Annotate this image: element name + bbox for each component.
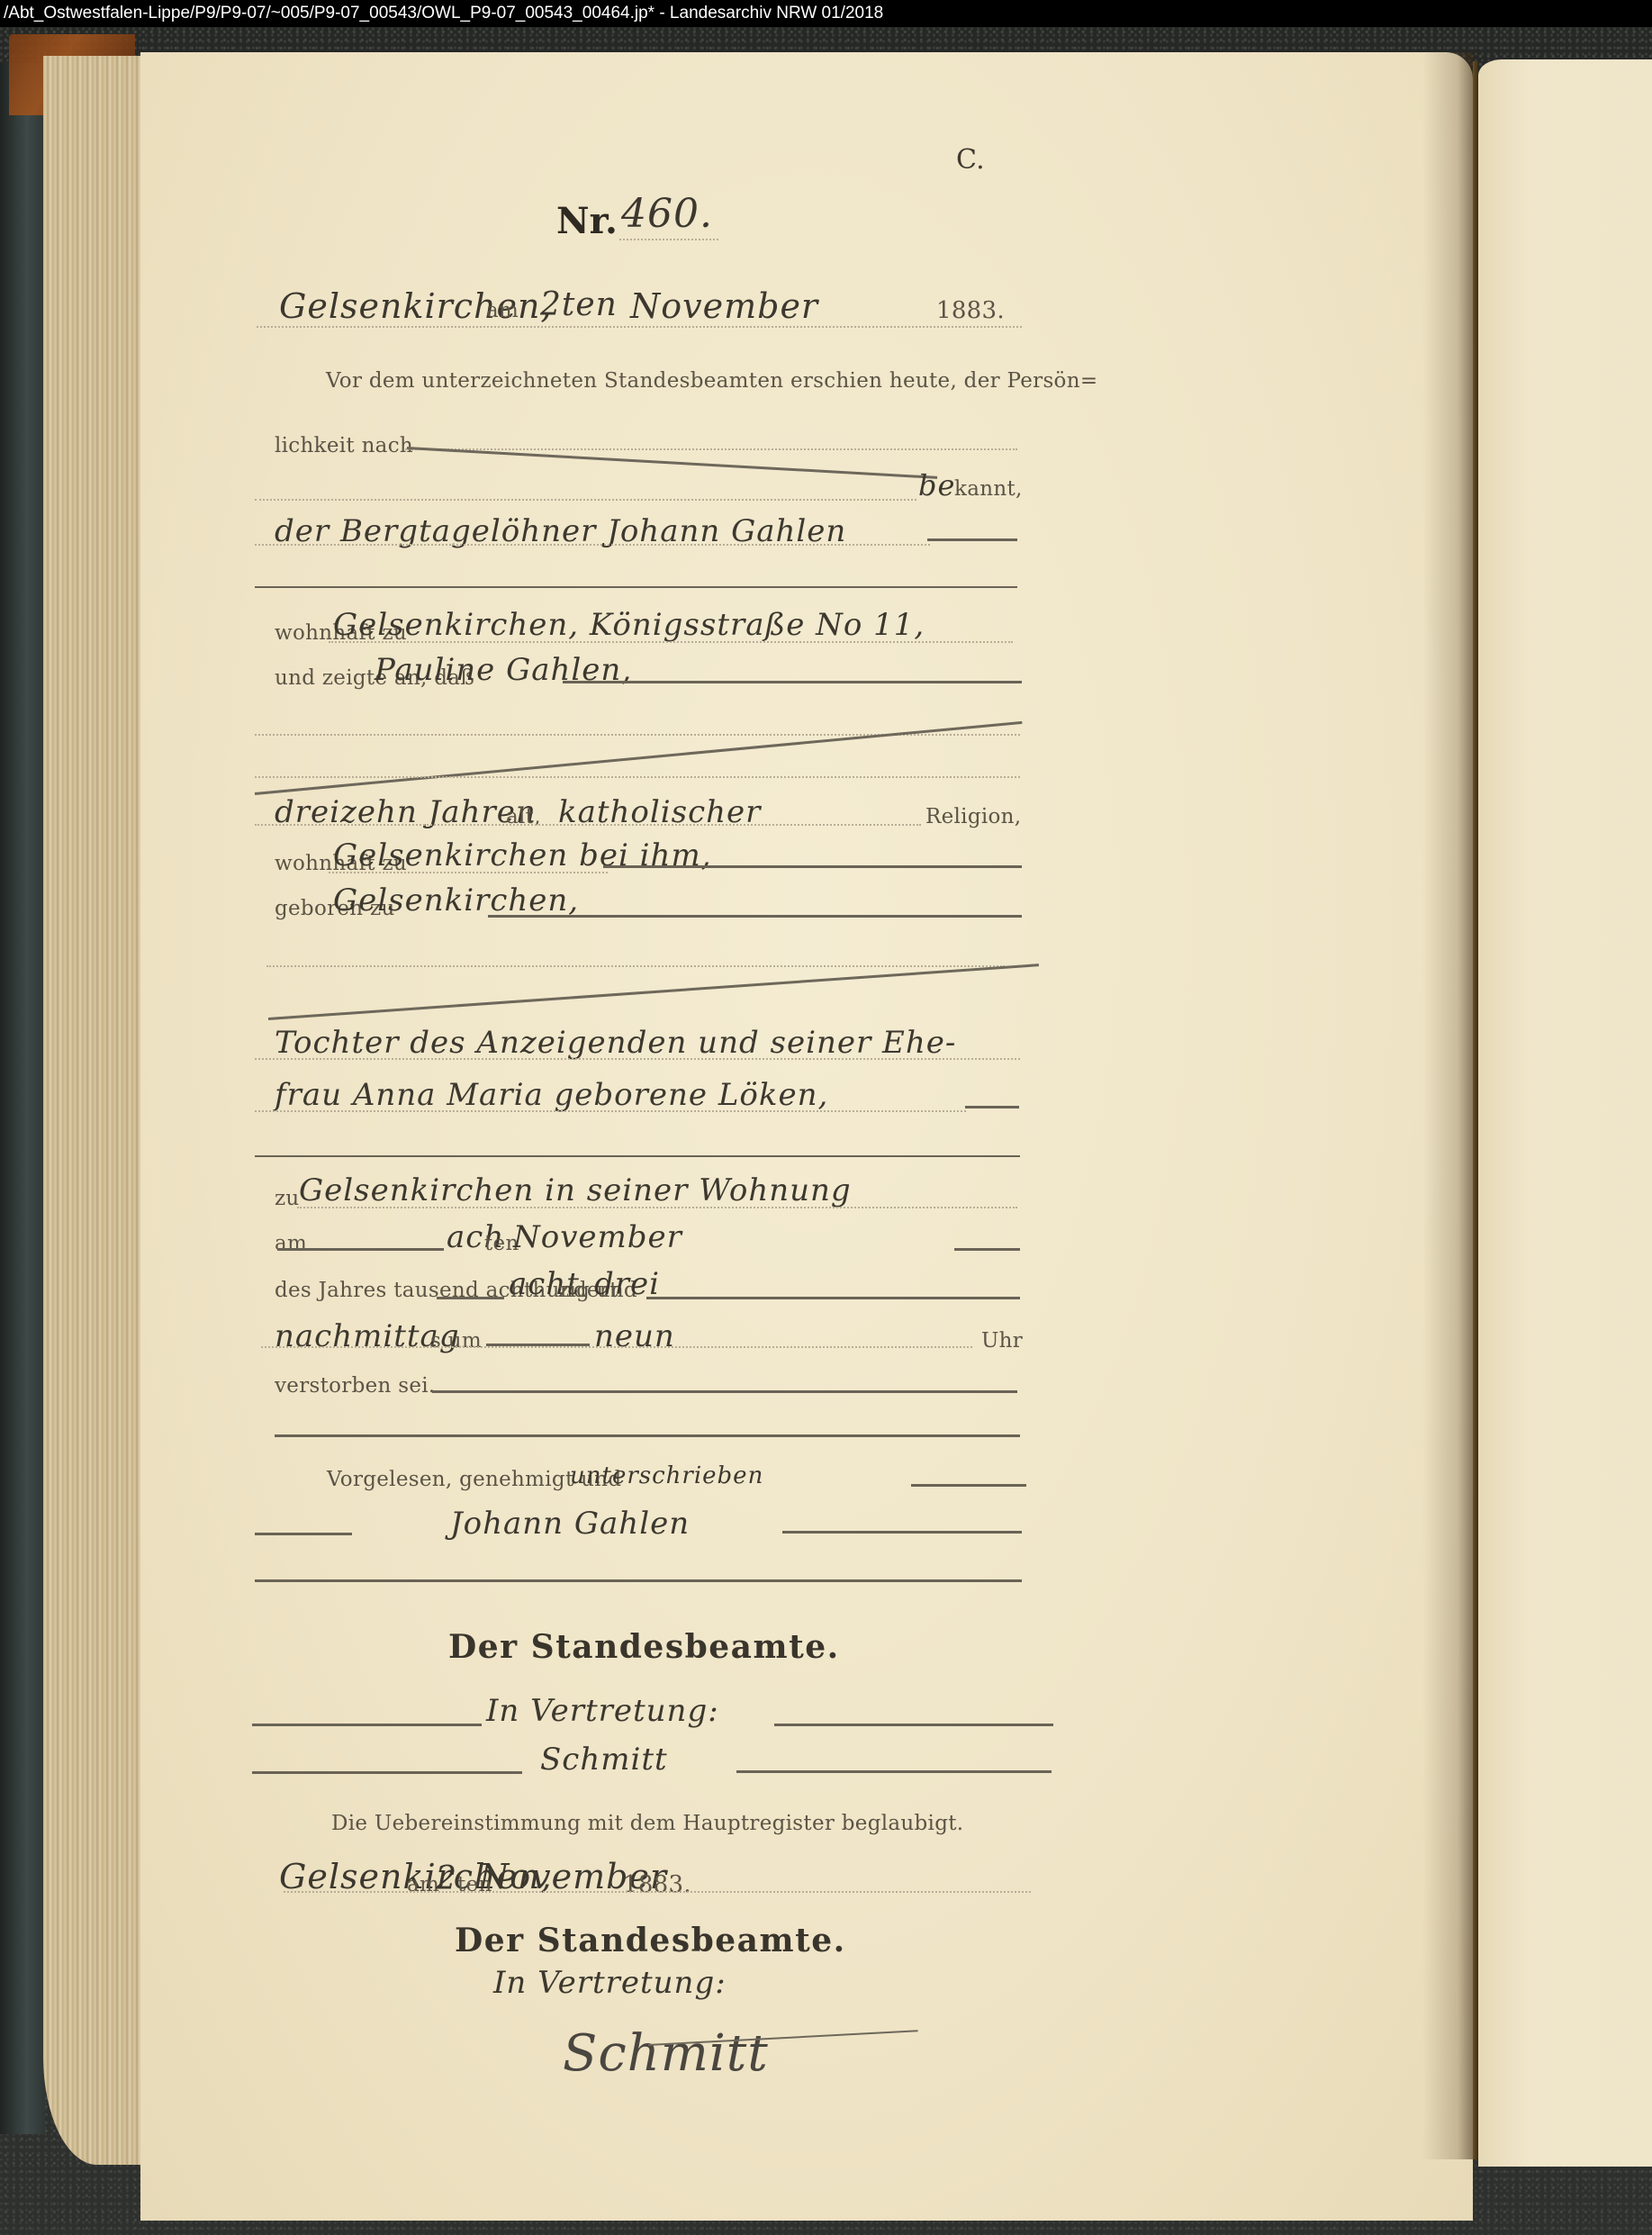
parents-line-2: frau Anna Maria geborene Löken, xyxy=(275,1077,828,1113)
signoff-end-rule xyxy=(255,1579,1022,1582)
strike-through-line-2 xyxy=(255,721,1023,795)
intro-hand-prefix: be xyxy=(918,468,955,502)
month-value: November xyxy=(630,286,818,326)
death-year-fill xyxy=(437,1297,504,1299)
certification-line xyxy=(284,1891,1031,1893)
certification-am: am xyxy=(407,1873,439,1896)
registrar-signature: Schmitt xyxy=(540,1742,668,1778)
death-hour-label: Uhr xyxy=(981,1329,1023,1353)
deceased-residence-value: Gelsenkirchen bei ihm, xyxy=(333,837,712,873)
residence-value: Gelsenkirchen, Königsstraße No 11, xyxy=(333,607,925,643)
death-year-units-fill xyxy=(646,1297,1020,1299)
announcement-fill-rule xyxy=(563,681,1022,683)
registrar-sig-left-rule xyxy=(252,1771,522,1774)
death-closing-rule xyxy=(432,1390,1017,1393)
death-closing: verstorben sei. xyxy=(275,1374,436,1398)
death-hour-value: neun xyxy=(594,1318,675,1354)
death-record-form: C. Nr. 460. Gelsenkirchen, am 2ten Novem… xyxy=(0,0,1652,2235)
death-date-label: am xyxy=(275,1232,307,1255)
signoff-fill-rule xyxy=(911,1484,1026,1487)
parents-line-1-rule xyxy=(255,1058,1020,1060)
certification-year: 1883. xyxy=(623,1871,691,1898)
registrar-2-in-vertretung: In Vertretung: xyxy=(493,1965,727,2001)
blank-line-2 xyxy=(255,776,1020,778)
declarant-signature: Johann Gahlen xyxy=(450,1506,690,1542)
declarant-fill-rule xyxy=(927,538,1017,541)
registrar-2-signature: Schmitt xyxy=(563,2024,769,2083)
religion-label: Religion, xyxy=(925,805,1021,828)
signature-left-rule xyxy=(255,1533,352,1535)
death-time-line xyxy=(261,1346,972,1348)
birth-value: Gelsenkirchen, xyxy=(333,882,579,918)
parents-end-rule xyxy=(255,1155,1020,1157)
death-place-line xyxy=(297,1207,1017,1208)
intro-dotted-line xyxy=(405,448,1017,450)
parents-line-2-rule xyxy=(255,1110,966,1112)
registrar-left-rule xyxy=(252,1724,482,1726)
death-end-rule xyxy=(275,1434,1020,1437)
signature-right-rule xyxy=(782,1531,1022,1534)
death-time-suffix: s um xyxy=(430,1329,482,1353)
record-number-prefix: Nr. xyxy=(556,200,618,242)
death-month-value: November xyxy=(513,1219,682,1255)
blank-line-3 xyxy=(266,965,1005,967)
year-value: 1883. xyxy=(936,297,1005,324)
death-place-value: Gelsenkirchen in seiner Wohnung xyxy=(299,1172,852,1208)
deceased-residence-line xyxy=(329,872,608,873)
record-number: 460. xyxy=(621,191,713,237)
residence-line xyxy=(329,641,1013,643)
registrar-sig-right-rule xyxy=(736,1770,1052,1773)
declarant-line xyxy=(255,544,930,546)
birth-fill-rule xyxy=(488,915,1022,918)
registrar-2-heading: Der Standesbeamte. xyxy=(455,1922,846,1959)
registrar-heading: Der Standesbeamte. xyxy=(448,1628,840,1666)
intro-line-2-label: lichkeit nach xyxy=(275,434,413,457)
registrar-right-rule xyxy=(774,1724,1053,1726)
parents-line-1: Tochter des Anzeigenden und seiner Ehe- xyxy=(275,1025,956,1061)
certification-text: Die Uebereinstimmung mit dem Hauptregist… xyxy=(331,1812,963,1835)
death-date-fill xyxy=(277,1248,444,1251)
am-label: am xyxy=(486,299,519,322)
place-date-line xyxy=(257,326,1022,328)
strike-through-line-3 xyxy=(268,964,1039,1020)
day-value: 2ten xyxy=(540,286,618,323)
death-place-label: zu xyxy=(275,1187,300,1210)
deceased-residence-fill xyxy=(603,865,1022,868)
parents-fill-rule xyxy=(965,1106,1019,1108)
intro-line-2-rule xyxy=(255,499,916,501)
intro-line-2-end: kannt, xyxy=(954,477,1023,501)
strike-through-line xyxy=(407,447,937,479)
section-letter: C. xyxy=(956,144,985,176)
registrar-in-vertretung: In Vertretung: xyxy=(486,1693,719,1729)
declarant-end-rule xyxy=(255,586,1017,588)
death-month-fill xyxy=(954,1248,1020,1251)
intro-line-1: Vor dem unterzeichneten Standesbeamten e… xyxy=(326,369,1097,393)
number-line xyxy=(619,239,718,240)
age-religion-line xyxy=(255,824,921,826)
